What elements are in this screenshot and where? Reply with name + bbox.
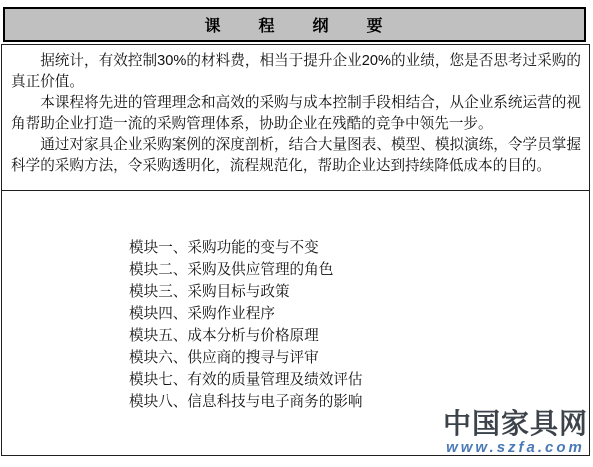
page-root: { "header": { "title": "课 程 纲 要" }, "int…	[0, 0, 593, 467]
module-item-2: 模块二、采购及供应管理的角色	[129, 259, 589, 281]
module-item-1: 模块一、采购功能的变与不变	[129, 237, 589, 259]
course-content-box: 据统计，有效控制30%的材料费，相当于提升企业20%的业绩，您是否思考过采购的真…	[1, 44, 590, 456]
intro-paragraph: 本课程将先进的管理理念和高效的采购与成本控制手段相结合，从企业系统运营的视角帮助…	[11, 93, 581, 135]
module-item-7: 模块七、有效的质量管理及绩效评估	[129, 369, 589, 391]
module-item-6: 模块六、供应商的搜寻与评审	[129, 347, 589, 369]
page-title: 课 程 纲 要	[204, 13, 384, 36]
module-item-5: 模块五、成本分析与价格原理	[129, 325, 589, 347]
intro-paragraph: 通过对家具企业采购案例的深度剖析，结合大量图表、模型、模拟演练，令学员掌握科学的…	[11, 135, 581, 177]
watermark-site-url: www.szfa.com	[443, 440, 588, 455]
watermark-site-name: 中国家具网	[443, 410, 588, 438]
course-outline-header: 课 程 纲 要	[3, 7, 586, 42]
site-watermark: 中国家具网 www.szfa.com	[443, 410, 588, 455]
course-intro-section: 据统计，有效控制30%的材料费，相当于提升企业20%的业绩，您是否思考过采购的真…	[2, 45, 589, 191]
module-list: 模块一、采购功能的变与不变 模块二、采购及供应管理的角色 模块三、采购目标与政策…	[2, 191, 589, 413]
module-item-3: 模块三、采购目标与政策	[129, 281, 589, 303]
module-item-4: 模块四、采购作业程序	[129, 303, 589, 325]
intro-paragraph: 据统计，有效控制30%的材料费，相当于提升企业20%的业绩，您是否思考过采购的真…	[11, 51, 581, 93]
